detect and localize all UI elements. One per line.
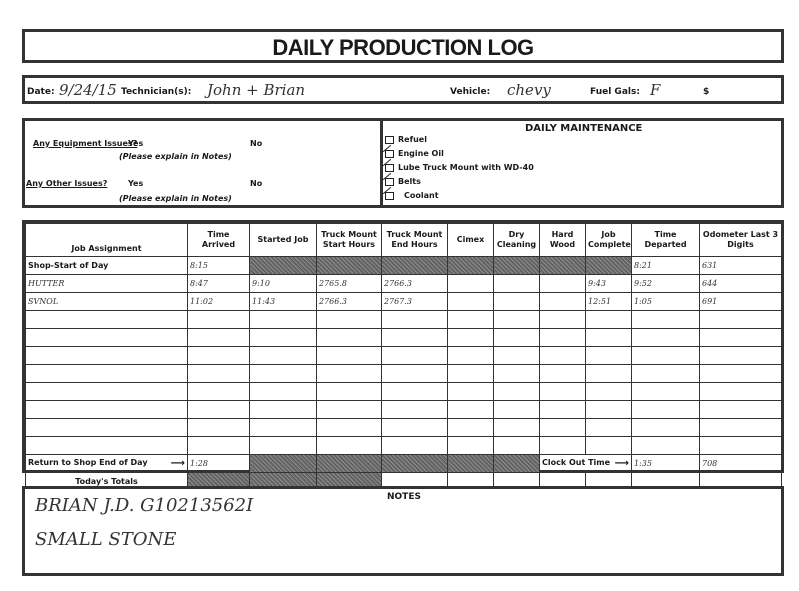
cell[interactable]: [26, 329, 188, 347]
shaded-cell: [250, 257, 317, 275]
cell[interactable]: 8:47: [188, 275, 250, 293]
checked-checkbox-icon[interactable]: [385, 192, 394, 200]
cell[interactable]: [540, 401, 586, 419]
cell[interactable]: [448, 311, 494, 329]
cell[interactable]: [540, 419, 586, 437]
cell[interactable]: [188, 329, 250, 347]
cell[interactable]: [26, 437, 188, 455]
vehicle-field[interactable]: chevy: [507, 81, 551, 99]
cell[interactable]: [632, 437, 700, 455]
cell[interactable]: [494, 383, 540, 401]
technician-field[interactable]: John + Brian: [207, 81, 305, 99]
cell[interactable]: [700, 329, 782, 347]
cell[interactable]: [586, 347, 632, 365]
shop-start-label: Shop-Start of Day: [26, 257, 188, 275]
other-no-option[interactable]: No: [250, 179, 262, 188]
cell[interactable]: [632, 401, 700, 419]
date-field[interactable]: 9/24/15: [59, 81, 117, 99]
cell[interactable]: [494, 401, 540, 419]
cell[interactable]: 1:35: [632, 455, 700, 473]
cell[interactable]: [382, 329, 448, 347]
production-table: Job Assignment Time Arrived Started Job …: [25, 223, 782, 491]
table-row: [26, 401, 782, 419]
dollar-label: $: [703, 87, 709, 97]
cell[interactable]: 9:43: [586, 275, 632, 293]
shaded-cell: [494, 257, 540, 275]
cell[interactable]: [586, 437, 632, 455]
cell[interactable]: [540, 437, 586, 455]
cell[interactable]: [700, 347, 782, 365]
shaded-cell: [317, 257, 382, 275]
cell[interactable]: [382, 419, 448, 437]
cell[interactable]: [382, 401, 448, 419]
checked-checkbox-icon[interactable]: [385, 164, 394, 172]
cell[interactable]: [540, 275, 586, 293]
cell[interactable]: [494, 329, 540, 347]
equipment-explain-note: (Please explain in Notes): [119, 152, 232, 161]
table-row: [26, 437, 782, 455]
maintenance-label: Belts: [398, 177, 421, 186]
cell[interactable]: 1:05: [632, 293, 700, 311]
shaded-cell: [448, 257, 494, 275]
cell[interactable]: [632, 419, 700, 437]
cell[interactable]: [586, 329, 632, 347]
cell[interactable]: [632, 383, 700, 401]
fuel-gals-label: Fuel Gals:: [590, 87, 640, 97]
document-title: DAILY PRODUCTION LOG: [25, 35, 781, 61]
checked-checkbox-icon[interactable]: [385, 178, 394, 186]
other-issues-label: Any Other Issues?: [26, 179, 107, 188]
cell[interactable]: [250, 329, 317, 347]
cell[interactable]: 8:15: [188, 257, 250, 275]
return-to-shop-row: Return to Shop End of Day ⟶ 1:28 Clock O…: [26, 455, 782, 473]
cell[interactable]: [632, 347, 700, 365]
cell[interactable]: [382, 383, 448, 401]
cell[interactable]: [317, 437, 382, 455]
cell[interactable]: 644: [700, 275, 782, 293]
shaded-cell: [448, 455, 494, 473]
cell[interactable]: [26, 401, 188, 419]
cell[interactable]: [448, 329, 494, 347]
cell[interactable]: [540, 293, 586, 311]
cell[interactable]: [188, 347, 250, 365]
notes-title: NOTES: [387, 492, 421, 502]
col-header: Time Arrived: [188, 224, 250, 257]
other-yes-option[interactable]: Yes: [128, 179, 143, 188]
shaded-cell: [382, 455, 448, 473]
cell[interactable]: [586, 401, 632, 419]
shop-start-row: Shop-Start of Day 8:15 8:21 631: [26, 257, 782, 275]
cell[interactable]: [250, 311, 317, 329]
cell[interactable]: [632, 329, 700, 347]
cell[interactable]: [700, 401, 782, 419]
maintenance-item-engine-oil[interactable]: Engine Oil: [385, 149, 444, 158]
cell[interactable]: [382, 437, 448, 455]
arrow-right-icon: ⟶: [171, 458, 185, 469]
cell[interactable]: 11:02: [188, 293, 250, 311]
production-table-section: Job Assignment Time Arrived Started Job …: [22, 220, 784, 473]
cell[interactable]: [448, 437, 494, 455]
table-row: [26, 347, 782, 365]
cell[interactable]: 8:21: [632, 257, 700, 275]
cell[interactable]: [382, 365, 448, 383]
cell[interactable]: [250, 365, 317, 383]
cell[interactable]: [494, 419, 540, 437]
maintenance-label: Engine Oil: [398, 149, 444, 158]
cell[interactable]: [494, 293, 540, 311]
cell[interactable]: [26, 311, 188, 329]
shaded-cell: [586, 257, 632, 275]
table-row: [26, 383, 782, 401]
cell[interactable]: [700, 383, 782, 401]
cell[interactable]: SVNOL: [26, 293, 188, 311]
other-explain-note: (Please explain in Notes): [119, 194, 232, 203]
cell[interactable]: [26, 419, 188, 437]
cell[interactable]: [448, 347, 494, 365]
cell[interactable]: [188, 311, 250, 329]
arrow-right-icon: ⟶: [615, 458, 629, 469]
maintenance-item-coolant[interactable]: Coolant: [385, 191, 439, 200]
table-row: [26, 311, 782, 329]
cell[interactable]: [188, 437, 250, 455]
checked-checkbox-icon[interactable]: [385, 150, 394, 158]
cell[interactable]: [317, 401, 382, 419]
cell[interactable]: [250, 383, 317, 401]
col-header: Hard Wood: [540, 224, 586, 257]
cell[interactable]: [188, 401, 250, 419]
cell[interactable]: [250, 437, 317, 455]
cell[interactable]: 1:28: [188, 455, 250, 473]
cell[interactable]: [448, 419, 494, 437]
shaded-cell: [382, 257, 448, 275]
clock-out-label: Clock Out Time ⟶: [540, 455, 632, 473]
table-row: HUTTER 8:47 9:10 2765.8 2766.3 9:43 9:52…: [26, 275, 782, 293]
return-label-text: Return to Shop End of Day: [28, 458, 148, 467]
cell[interactable]: [632, 365, 700, 383]
maintenance-item-belts[interactable]: Belts: [385, 177, 421, 186]
cell[interactable]: [586, 383, 632, 401]
cell[interactable]: 2766.3: [382, 275, 448, 293]
cell[interactable]: 691: [700, 293, 782, 311]
cell[interactable]: 11:43: [250, 293, 317, 311]
cell[interactable]: [700, 311, 782, 329]
cell[interactable]: [317, 347, 382, 365]
col-header: Time Departed: [632, 224, 700, 257]
cell[interactable]: [494, 437, 540, 455]
header-row: Job Assignment Time Arrived Started Job …: [26, 224, 782, 257]
col-header: Cimex: [448, 224, 494, 257]
col-header: Job Assignment: [26, 224, 188, 257]
cell[interactable]: [448, 275, 494, 293]
cell[interactable]: [448, 293, 494, 311]
table-row: [26, 365, 782, 383]
maintenance-label: Lube Truck Mount with WD-40: [398, 163, 534, 172]
notes-section: NOTES BRIAN J.D. G10213562I SMALL STONE: [22, 486, 784, 576]
maintenance-label: Coolant: [404, 191, 439, 200]
cell[interactable]: [586, 311, 632, 329]
cell[interactable]: [26, 347, 188, 365]
cell[interactable]: [250, 347, 317, 365]
cell[interactable]: 708: [700, 455, 782, 473]
date-label: Date:: [27, 87, 55, 97]
maintenance-item-refuel[interactable]: Refuel: [385, 135, 427, 144]
cell[interactable]: [540, 311, 586, 329]
shaded-cell: [494, 455, 540, 473]
equipment-yes-option[interactable]: Yes: [128, 139, 143, 148]
shaded-cell: [540, 257, 586, 275]
cell[interactable]: [188, 365, 250, 383]
equipment-issues-label: Any Equipment Issues?: [33, 139, 137, 148]
table-row: [26, 329, 782, 347]
cell[interactable]: [540, 329, 586, 347]
cell[interactable]: [700, 437, 782, 455]
cell[interactable]: [26, 365, 188, 383]
shaded-cell: [250, 455, 317, 473]
daily-maintenance-title: DAILY MAINTENANCE: [525, 123, 642, 134]
cell[interactable]: 9:52: [632, 275, 700, 293]
cell[interactable]: [586, 365, 632, 383]
fuel-gals-field[interactable]: F: [650, 81, 660, 99]
technician-label: Technician(s):: [121, 87, 191, 97]
col-header: Truck Mount End Hours: [382, 224, 448, 257]
cell[interactable]: [317, 311, 382, 329]
cell[interactable]: [317, 329, 382, 347]
cell[interactable]: [250, 401, 317, 419]
col-header: Dry Cleaning: [494, 224, 540, 257]
cell[interactable]: [540, 383, 586, 401]
cell[interactable]: [540, 347, 586, 365]
issues-maintenance-section: Any Equipment Issues? Yes No (Please exp…: [22, 118, 784, 208]
cell[interactable]: [632, 311, 700, 329]
cell[interactable]: [494, 365, 540, 383]
cell[interactable]: 9:10: [250, 275, 317, 293]
cell[interactable]: [317, 365, 382, 383]
cell[interactable]: 631: [700, 257, 782, 275]
cell[interactable]: [494, 347, 540, 365]
col-header: Truck Mount Start Hours: [317, 224, 382, 257]
cell[interactable]: [540, 365, 586, 383]
cell[interactable]: 2765.8: [317, 275, 382, 293]
cell[interactable]: 2766.3: [317, 293, 382, 311]
cell[interactable]: [448, 401, 494, 419]
table-row: SVNOL 11:02 11:43 2766.3 2767.3 12:51 1:…: [26, 293, 782, 311]
cell[interactable]: [448, 365, 494, 383]
equipment-no-option[interactable]: No: [250, 139, 262, 148]
maintenance-item-lube[interactable]: Lube Truck Mount with WD-40: [385, 163, 534, 172]
cell[interactable]: [700, 365, 782, 383]
cell[interactable]: [494, 311, 540, 329]
cell[interactable]: [700, 419, 782, 437]
maintenance-label: Refuel: [398, 135, 427, 144]
cell[interactable]: [448, 383, 494, 401]
cell[interactable]: 12:51: [586, 293, 632, 311]
return-label: Return to Shop End of Day ⟶: [26, 455, 188, 473]
cell[interactable]: [382, 347, 448, 365]
col-header: Odometer Last 3 Digits: [700, 224, 782, 257]
checkbox-icon[interactable]: [385, 136, 394, 144]
notes-line[interactable]: SMALL STONE: [35, 529, 176, 550]
cell[interactable]: [317, 419, 382, 437]
table-row: [26, 419, 782, 437]
clock-out-text: Clock Out Time: [542, 458, 610, 467]
cell[interactable]: [586, 419, 632, 437]
shaded-cell: [317, 455, 382, 473]
vehicle-label: Vehicle:: [450, 87, 490, 97]
cell[interactable]: [382, 311, 448, 329]
cell[interactable]: HUTTER: [26, 275, 188, 293]
cell[interactable]: 2767.3: [382, 293, 448, 311]
col-header: Started Job: [250, 224, 317, 257]
cell[interactable]: [188, 383, 250, 401]
info-row: Date: 9/24/15 Technician(s): John + Bria…: [22, 75, 784, 104]
title-box: DAILY PRODUCTION LOG: [22, 29, 784, 63]
cell[interactable]: [317, 383, 382, 401]
notes-line[interactable]: BRIAN J.D. G10213562I: [35, 495, 253, 516]
col-header: Job Complete: [586, 224, 632, 257]
cell[interactable]: [250, 419, 317, 437]
cell[interactable]: [26, 383, 188, 401]
cell[interactable]: [494, 275, 540, 293]
cell[interactable]: [188, 419, 250, 437]
